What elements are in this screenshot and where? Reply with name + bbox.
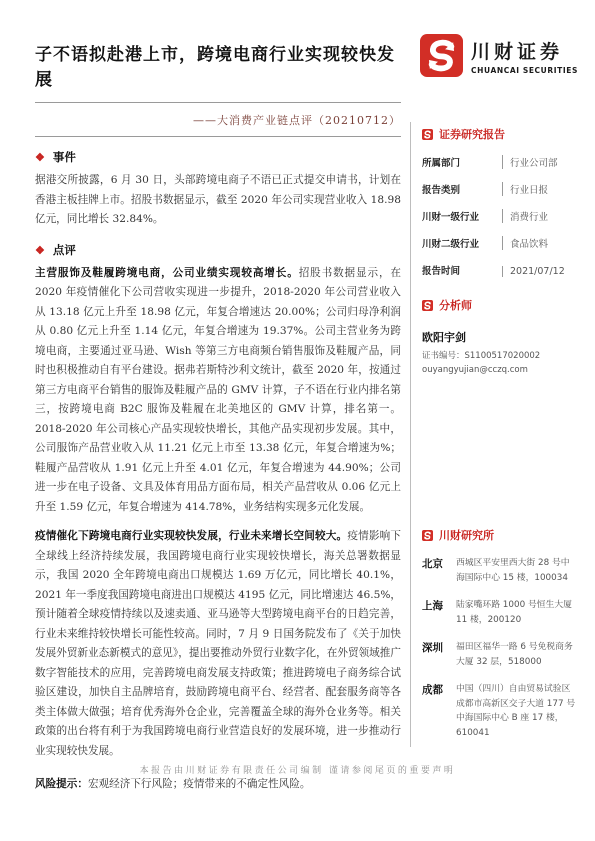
sidebar: 证券研究报告 所属部门 行业公司部 报告类别 行业日报 川财一级行业 消费行业 … [422, 126, 578, 740]
sidebar-divider [410, 122, 411, 747]
brand-mark-icon [422, 129, 433, 140]
comment-paragraph: 主营服饰及鞋履跨境电商，公司业绩实现较高增长。招股书数据显示，在 2020 年疫… [35, 264, 401, 518]
analyst-cert: 证书编号：S1100517020002 [422, 349, 578, 361]
office-city: 上海 [422, 598, 456, 627]
brand-mark-icon [422, 530, 433, 541]
diamond-icon: ❖ [35, 244, 45, 257]
analyst-heading-label: 分析师 [439, 297, 472, 313]
report-field: 川财一级行业 消费行业 [422, 209, 578, 223]
main-column: 子不语拟赴港上市，跨境电商行业实现较快发展 ——大消费产业链点评（2021071… [35, 40, 401, 805]
office-address: 中国（四川）自由贸易试验区成都市高新区交子大道 177 号中海国际中心 B 座 … [456, 682, 578, 740]
analyst-name: 欧阳宇剑 [422, 329, 578, 345]
field-label: 所属部门 [422, 155, 502, 169]
office-item: 成都 中国（四川）自由贸易试验区成都市高新区交子大道 177 号中海国际中心 B… [422, 682, 578, 740]
field-value: 行业日报 [502, 182, 548, 196]
office-item: 北京 西城区平安里西大街 28 号中海国际中心 15 楼，100034 [422, 556, 578, 585]
paragraph-body: 招股书数据显示，在 2020 年疫情催化下公司营收实现进一步提升，2018-20… [35, 267, 401, 513]
analyst-email: ouyangyujian@cczq.com [422, 365, 578, 375]
risk-body: 宏观经济下行风险；疫情带来的不确定性风险。 [88, 778, 310, 790]
brand-name-cn: 川财证券 [471, 37, 578, 64]
paragraph-body: 疫情影响下全球线上经济持续发展，我国跨境电商行业实现较快增长，海关总署数据显示，… [35, 530, 401, 757]
diamond-icon: ❖ [35, 151, 45, 164]
divider-subtitle [35, 136, 401, 137]
comment-paragraph: 疫情催化下跨境电商行业实现较快发展，行业未来增长空间较大。疫情影响下全球线上经济… [35, 527, 401, 761]
event-body: 据港交所披露，6 月 30 日，头部跨境电商子不语已正式提交申请书，计划在香港主… [35, 171, 401, 230]
report-info-heading-label: 证券研究报告 [439, 126, 505, 142]
office-address: 西城区平安里西大街 28 号中海国际中心 15 楼，100034 [456, 556, 578, 585]
section-heading-event: ❖事件 [35, 149, 401, 165]
office-address: 福田区福华一路 6 号免税商务大厦 32 层，518000 [456, 640, 578, 669]
field-label: 报告时间 [422, 263, 502, 277]
analyst-section: 分析师 欧阳宇剑 证书编号：S1100517020002 ouyangyujia… [422, 297, 578, 375]
paragraph-lead: 主营服饰及鞋履跨境电商，公司业绩实现较高增长。 [35, 267, 299, 279]
brand-text: 川财证券 CHUANCAI SECURITIES [471, 37, 578, 75]
event-heading-label: 事件 [53, 150, 76, 164]
risk-label: 风险提示： [35, 778, 88, 790]
field-value: 消费行业 [502, 209, 548, 223]
field-label: 川财二级行业 [422, 236, 502, 250]
report-field: 所属部门 行业公司部 [422, 155, 578, 169]
section-heading-comment: ❖点评 [35, 242, 401, 258]
office-item: 深圳 福田区福华一路 6 号免税商务大厦 32 层，518000 [422, 640, 578, 669]
report-info-heading: 证券研究报告 [422, 126, 578, 142]
divider-top [35, 102, 401, 103]
report-field: 川财二级行业 食品饮料 [422, 236, 578, 250]
office-city: 深圳 [422, 640, 456, 669]
brand-logo-icon [420, 34, 463, 77]
institute-section: 川财研究所 北京 西城区平安里西大街 28 号中海国际中心 15 楼，10003… [422, 527, 578, 740]
field-value: 2021/07/12 [502, 266, 565, 277]
analyst-heading: 分析师 [422, 297, 578, 313]
page-title: 子不语拟赴港上市，跨境电商行业实现较快发展 [35, 40, 401, 90]
brand-mark-icon [422, 300, 433, 311]
institute-heading: 川财研究所 [422, 527, 578, 543]
footer-disclaimer: 本报告由川财证券有限责任公司编制 谨请参阅尾页的重要声明 [0, 763, 595, 776]
field-label: 报告类别 [422, 182, 502, 196]
field-label: 川财一级行业 [422, 209, 502, 223]
comment-heading-label: 点评 [53, 243, 76, 257]
office-address: 陆家嘴环路 1000 号恒生大厦 11 楼，200120 [456, 598, 578, 627]
institute-heading-label: 川财研究所 [439, 527, 494, 543]
report-field: 报告时间 2021/07/12 [422, 263, 578, 277]
report-page: 川财证券 CHUANCAI SECURITIES 子不语拟赴港上市，跨境电商行业… [0, 0, 595, 841]
report-field: 报告类别 行业日报 [422, 182, 578, 196]
paragraph-lead: 疫情催化下跨境电商行业实现较快发展，行业未来增长空间较大。 [35, 530, 347, 542]
field-value: 行业公司部 [502, 155, 558, 169]
office-city: 成都 [422, 682, 456, 740]
brand: 川财证券 CHUANCAI SECURITIES [420, 34, 585, 77]
brand-name-en: CHUANCAI SECURITIES [471, 66, 578, 75]
report-subtitle: ——大消费产业链点评（20210712） [35, 112, 401, 128]
office-item: 上海 陆家嘴环路 1000 号恒生大厦 11 楼，200120 [422, 598, 578, 627]
office-city: 北京 [422, 556, 456, 585]
field-value: 食品饮料 [502, 236, 548, 250]
risk-note: 风险提示：宏观经济下行风险；疫情带来的不确定性风险。 [35, 775, 401, 795]
